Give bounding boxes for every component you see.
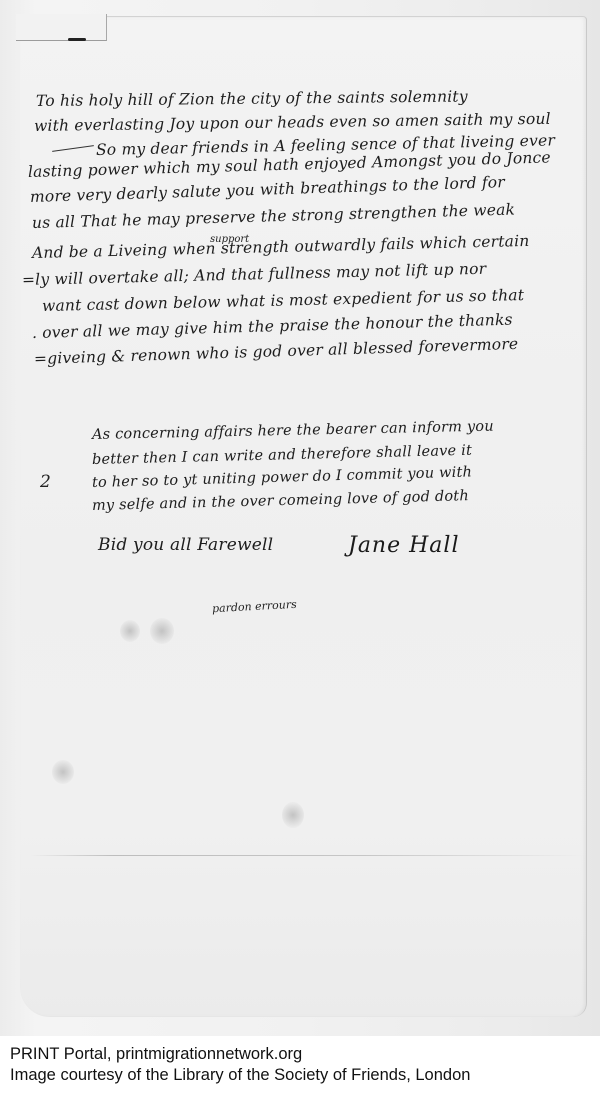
paper-fold-line: [30, 855, 585, 856]
paper-tab-corner: [16, 14, 107, 41]
farewell-line: Bid you all Farewell: [98, 535, 273, 555]
paper-stain: [282, 802, 304, 828]
paper-stain: [150, 618, 174, 644]
paper-stain: [120, 620, 140, 642]
page-number-margin: 2: [40, 472, 51, 492]
caption-courtesy: Image courtesy of the Library of the Soc…: [10, 1065, 600, 1086]
image-caption: PRINT Portal, printmigrationnetwork.org …: [10, 1044, 600, 1086]
paper-stain: [52, 760, 74, 784]
caption-source: PRINT Portal, printmigrationnetwork.org: [10, 1044, 600, 1065]
ink-mark: [68, 38, 86, 41]
signature: Jane Hall: [348, 533, 460, 558]
manuscript-scan: To his holy hill of Zion the city of the…: [0, 0, 600, 1036]
